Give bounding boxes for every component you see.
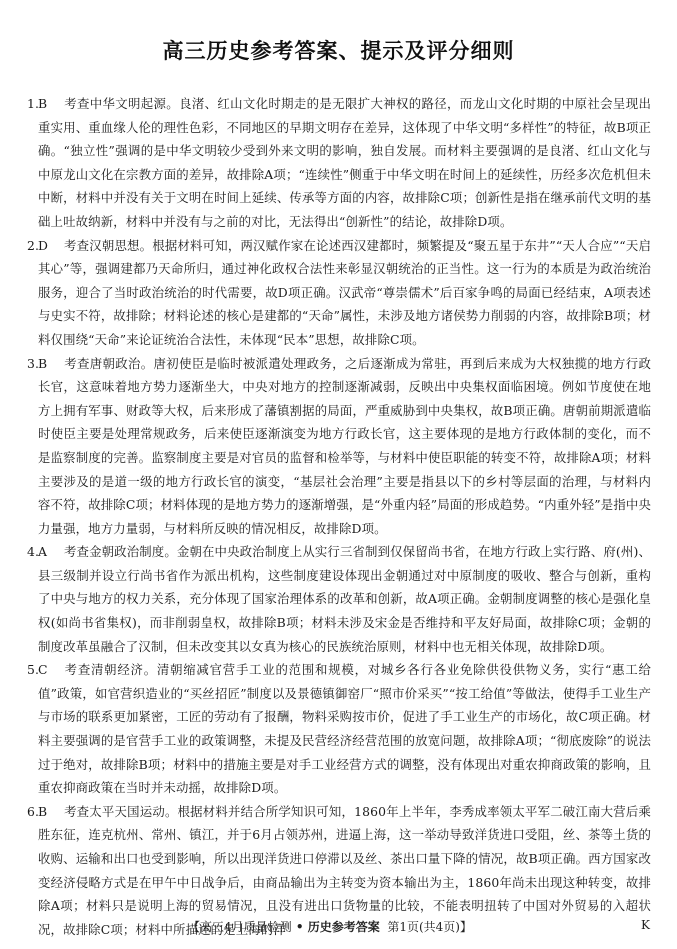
footer-subject: 历史参考答案 xyxy=(308,920,380,934)
footer-page-info: 第1页(共4页) xyxy=(387,920,460,934)
version-code: K xyxy=(641,918,650,932)
explanation-text: 考查唐朝政治。唐初使臣是临时被派遣处理政务，之后逐渐成为常驻，再到后来成为大权独… xyxy=(38,356,651,536)
answer-letter: B xyxy=(38,352,64,376)
answer-item-3: 3.B考查唐朝政治。唐初使臣是临时被派遣处理政务，之后逐渐成为常驻，再到后来成为… xyxy=(27,352,651,541)
explanation-text: 考查清朝经济。清朝缩减官营手工业的范围和规模，对城乡各行各业免除供役供物义务，实… xyxy=(38,662,651,795)
answer-letter: C xyxy=(38,658,64,682)
question-number: 3. xyxy=(27,352,38,376)
answer-letter: B xyxy=(38,800,64,824)
question-number: 2. xyxy=(27,234,38,258)
document-title: 高三历史参考答案、提示及评分细则 xyxy=(0,35,677,65)
explanation-text: 考查汉朝思想。根据材料可知，两汉赋作家在论述西汉建都时，频繁提及“聚五星于东井”… xyxy=(38,238,651,347)
answer-item-2: 2.D考查汉朝思想。根据材料可知，两汉赋作家在论述西汉建都时，频繁提及“聚五星于… xyxy=(27,234,651,352)
question-number: 1. xyxy=(27,92,38,116)
answer-letter: D xyxy=(38,234,64,258)
answer-letter: A xyxy=(38,540,64,564)
footer-label: 【高三4月质量检测 • 历史参考答案 第1页(共4页)】 xyxy=(188,918,472,935)
answer-item-1: 1.B考查中华文明起源。良渚、红山文化时期走的是无限扩大神权的路径，而龙山文化时… xyxy=(27,92,651,234)
explanation-text: 考查中华文明起源。良渚、红山文化时期走的是无限扩大神权的路径，而龙山文化时期的中… xyxy=(38,96,651,229)
question-number: 4. xyxy=(27,540,38,564)
answer-letter: B xyxy=(38,92,64,116)
explanation-text: 考查金朝政治制度。金朝在中央政治制度上从实行三省制到仅保留尚书省，在地方行政上实… xyxy=(38,544,651,653)
question-number: 6. xyxy=(27,800,38,824)
footer-exam-name: 高三4月质量检测 xyxy=(200,920,292,934)
explanation-text: 考查太平天国运动。根据材料并结合所学知识可知，1860年上半年，李秀成率领太平军… xyxy=(38,804,651,937)
footer-open-bracket: 【 xyxy=(188,920,200,934)
footer-close-bracket: 】 xyxy=(460,920,472,934)
footer-separator: • xyxy=(292,920,308,934)
answer-item-5: 5.C考查清朝经济。清朝缩减官营手工业的范围和规模，对城乡各行各业免除供役供物义… xyxy=(27,658,651,800)
answer-list: 1.B考查中华文明起源。良渚、红山文化时期走的是无限扩大神权的路径，而龙山文化时… xyxy=(27,92,651,941)
question-number: 5. xyxy=(27,658,38,682)
answer-item-4: 4.A考查金朝政治制度。金朝在中央政治制度上从实行三省制到仅保留尚书省，在地方行… xyxy=(27,540,651,658)
